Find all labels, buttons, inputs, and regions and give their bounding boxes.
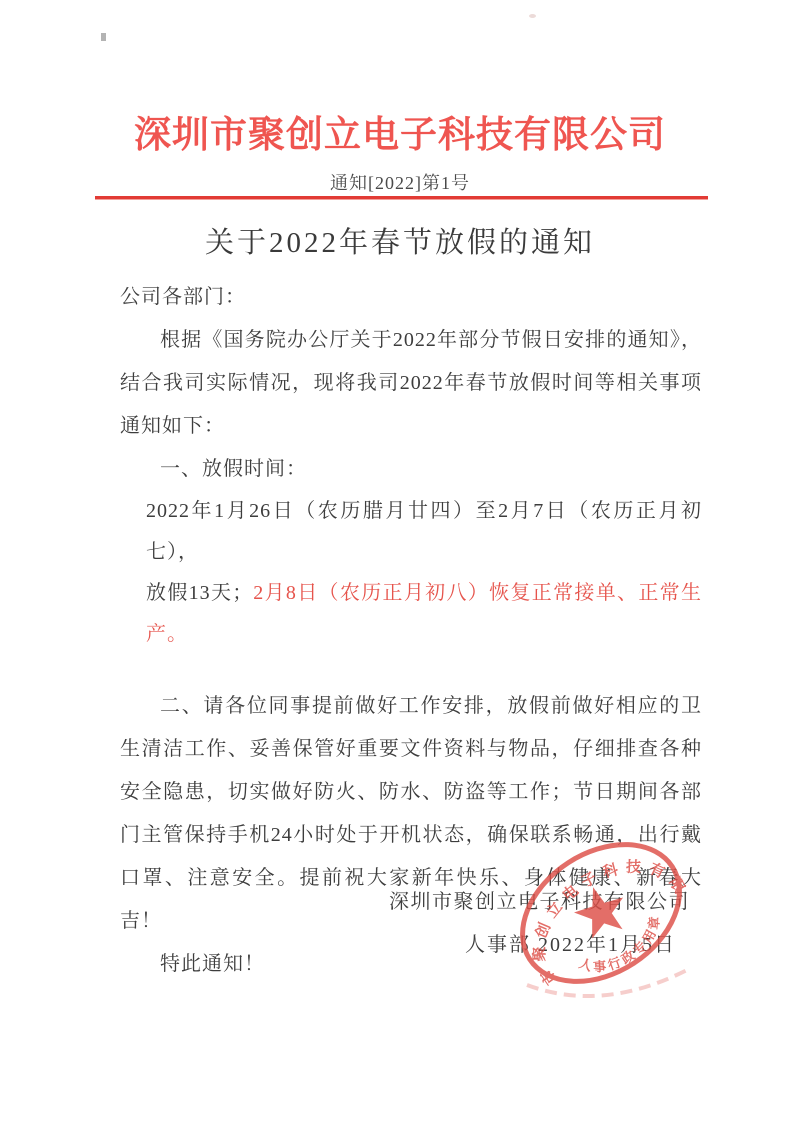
- holiday-duration-line: 放假13天；2月8日（农历正月初八）恢复正常接单、正常生产。: [146, 573, 702, 655]
- signature-department-date: 人事部 2022年1月5日: [0, 924, 690, 967]
- signature-company: 深圳市聚创立电子科技有限公司: [0, 881, 690, 924]
- signature-block: 深圳市聚创立电子科技有限公司 人事部 2022年1月5日: [0, 881, 690, 967]
- notice-body: 公司各部门： 根据《国务院办公厅关于2022年部分节假日安排的通知》，结合我司实…: [120, 276, 702, 986]
- paragraph-basis: 根据《国务院办公厅关于2022年部分节假日安排的通知》，结合我司实际情况，现将我…: [120, 319, 702, 448]
- scan-speck: [529, 14, 536, 18]
- holiday-date-range: 2022年1月26日（农历腊月廿四）至2月7日（农历正月初七），: [146, 491, 702, 573]
- page-title: 关于2022年春节放假的通知: [0, 220, 800, 261]
- section-1-heading: 一、放假时间：: [120, 448, 702, 491]
- company-name-header: 深圳市聚创立电子科技有限公司: [0, 104, 800, 158]
- document-number: 通知[2022]第1号: [0, 169, 800, 195]
- holiday-dates-block: 2022年1月26日（农历腊月廿四）至2月7日（农历正月初七）， 放假13天；2…: [146, 491, 702, 655]
- scan-speck: [101, 33, 106, 41]
- scanned-notice-document: 深圳市聚创立电子科技有限公司 通知[2022]第1号 关于2022年春节放假的通…: [0, 0, 800, 1130]
- red-divider-line: [95, 196, 708, 200]
- salutation: 公司各部门：: [120, 276, 702, 319]
- holiday-duration: 放假13天；: [146, 582, 253, 604]
